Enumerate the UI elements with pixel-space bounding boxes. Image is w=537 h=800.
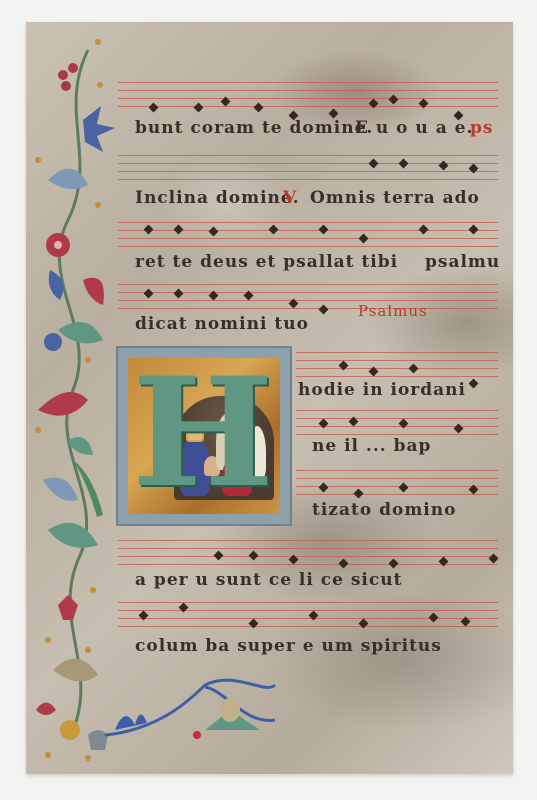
historiated-initial: H bbox=[116, 346, 292, 526]
chant-text-line: bunt coram te domine. bbox=[135, 118, 373, 138]
music-staff bbox=[118, 82, 498, 106]
rubric-mark: Psalmus bbox=[358, 302, 428, 320]
initial-letter: H bbox=[132, 358, 274, 508]
rubric-mark: V bbox=[283, 188, 297, 208]
chant-text-line: ret te deus et psallat tibi bbox=[135, 252, 398, 272]
chant-text-line: colum ba super e um spiritus bbox=[135, 636, 442, 656]
chant-text-line: E u o u a e. bbox=[355, 118, 473, 138]
bas-de-page-drollery-icon bbox=[95, 675, 335, 745]
music-staff bbox=[118, 602, 498, 626]
chant-text-line: hodie in iordani bbox=[298, 380, 466, 400]
music-staff bbox=[118, 222, 498, 246]
music-staff bbox=[118, 284, 498, 308]
music-staff bbox=[296, 352, 498, 376]
chant-text-line: psalmu bbox=[425, 252, 500, 272]
image-caption: Illuminated choir book leaf with histori… bbox=[0, 0, 1, 1]
chant-text-line: tizato domino bbox=[312, 500, 456, 520]
chant-text-line: Omnis terra ado bbox=[310, 188, 480, 208]
chant-text-line: a per u sunt ce li ce sicut bbox=[135, 570, 402, 590]
floral-border-icon bbox=[28, 30, 118, 770]
chant-text-line: ne il ... bap bbox=[312, 436, 431, 456]
chant-text-line: Inclina domine. bbox=[135, 188, 300, 208]
chant-text-line: dicat nomini tuo bbox=[135, 314, 309, 334]
rubric-mark: ps bbox=[470, 118, 493, 138]
music-staff bbox=[296, 470, 498, 494]
